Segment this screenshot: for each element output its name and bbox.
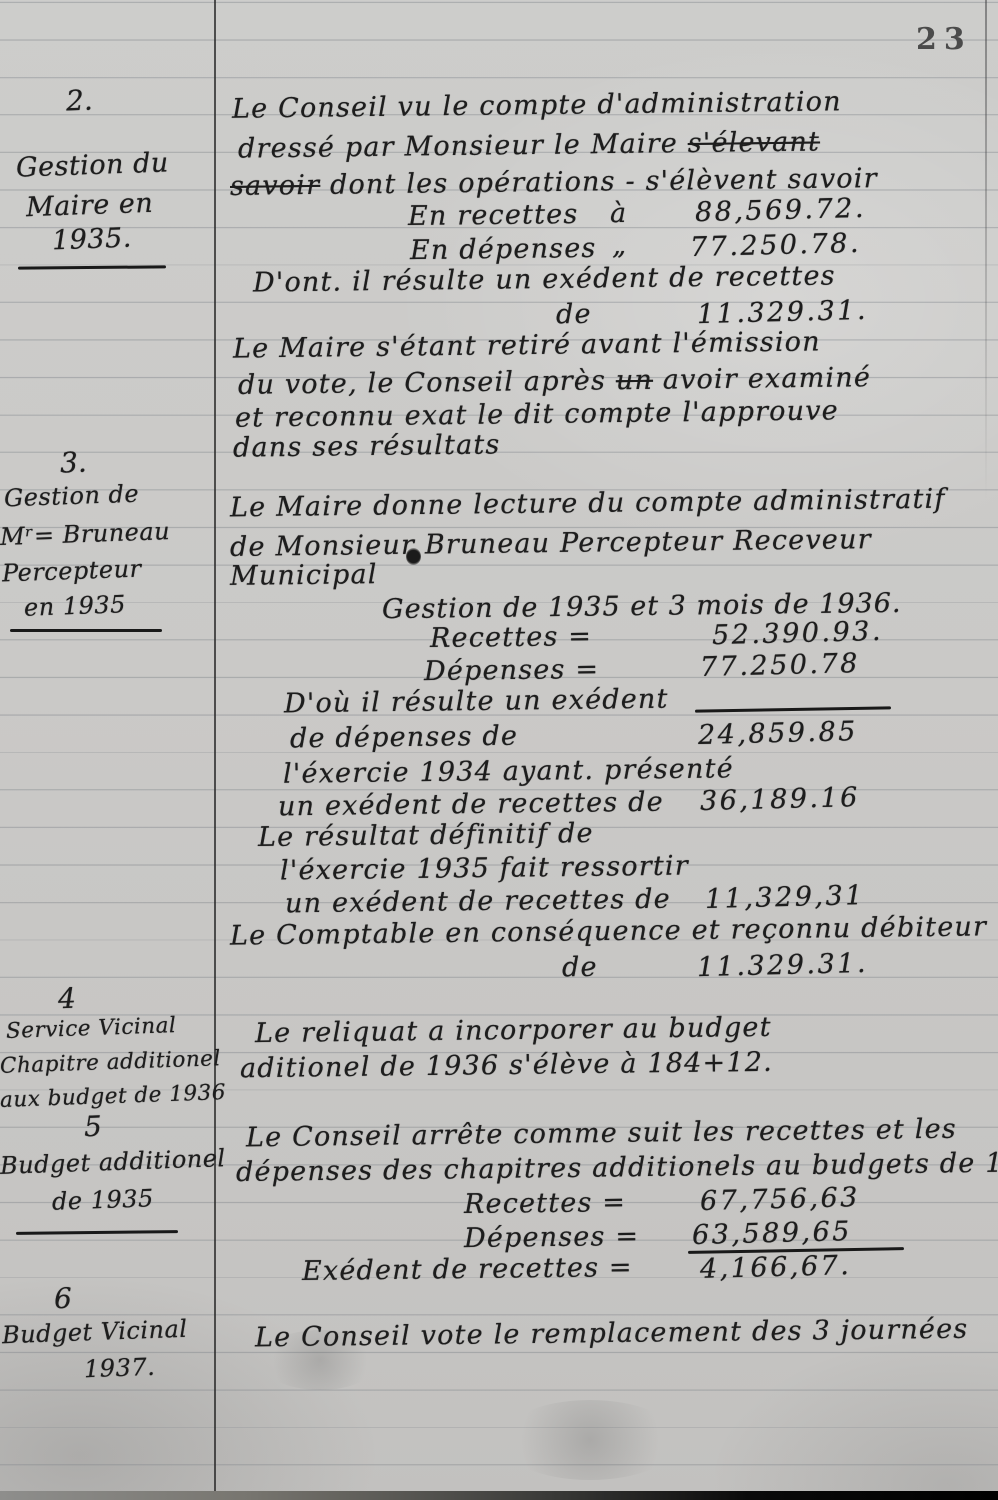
struck-text: s'élevant: [688, 126, 821, 159]
entry-label: Dépenses =: [464, 1221, 640, 1254]
page-number: 23: [916, 22, 972, 57]
entry-label: de: [556, 299, 592, 330]
entry-label: Recettes =: [430, 621, 593, 654]
entry-amount: 77.250.78.: [690, 228, 862, 263]
body-line: dans ses résultats: [233, 429, 501, 463]
body-line: Le reliquat a incorporer au budget: [255, 1012, 772, 1049]
margin-section-number-2: 2.: [65, 84, 93, 118]
margin-note-line: 1937.: [84, 1353, 156, 1383]
entry-amount: 63,589,65: [692, 1216, 853, 1251]
entry-separator: à: [610, 198, 628, 229]
entry-amount: 77.250.78: [700, 648, 861, 683]
margin-section-number-3: 3.: [59, 446, 87, 480]
struck-text: un: [616, 365, 654, 396]
body-line: aditionel de 1936 s'élève à 184+12.: [240, 1047, 773, 1085]
margin-note-line: Mʳ= Bruneau: [0, 517, 171, 551]
body-line: l'éxercie 1935 fait ressortir: [280, 851, 689, 887]
entry-amount: 11,329,31: [705, 880, 866, 915]
entry-label: de dépenses de: [290, 721, 518, 755]
body-line: D'où il résulte un exédent: [284, 684, 669, 720]
entry-amount: 67,756,63: [700, 1182, 861, 1217]
entry-label: un exédent de recettes de: [285, 884, 671, 920]
entry-amount: 52.390.93.: [712, 616, 884, 651]
body-line: Municipal: [230, 559, 378, 592]
body-text: du vote, le Conseil après: [238, 365, 616, 401]
ink-blot: [406, 548, 421, 565]
entry-label: Exédent de recettes =: [302, 1252, 633, 1287]
entry-label: un exédent de recettes de: [278, 787, 664, 823]
entry-label: Recettes =: [464, 1187, 627, 1220]
margin-note-line: de 1935: [52, 1184, 155, 1216]
margin-underline: [10, 629, 162, 632]
entry-amount: 36,189.16: [700, 782, 861, 817]
entry-separator: „: [612, 230, 628, 261]
entry-amount: 4,166,67.: [700, 1250, 852, 1285]
entry-label: En dépenses: [410, 233, 597, 266]
body-line: Le résultat définitif de: [258, 818, 594, 853]
register-page: 23 2. Gestion du Maire en 1935. 3. Gesti…: [0, 0, 998, 1500]
margin-note-line: Maire en: [25, 188, 153, 223]
entry-label: Dépenses =: [424, 654, 600, 687]
entry-amount: 11.329.31.: [697, 948, 869, 983]
margin-section-number-5: 5: [83, 1110, 102, 1144]
scan-bottom-edge: [0, 1491, 998, 1500]
margin-note-line: Gestion de: [4, 480, 140, 513]
margin-section-number-6: 6: [53, 1282, 72, 1316]
entry-amount: 24,859.85: [698, 716, 859, 751]
right-edge-rule: [985, 0, 987, 500]
paper-smudge: [500, 1400, 680, 1480]
body-text: dressé par Monsieur le Maire: [238, 128, 688, 164]
entry-label: En recettes: [408, 199, 579, 232]
body-line: l'éxercie 1934 ayant. présenté: [283, 753, 734, 790]
margin-vertical-rule: [214, 0, 216, 1491]
body-text: avoir examiné: [653, 362, 871, 396]
margin-note-line: Percepteur: [2, 555, 142, 588]
margin-note-line: en 1935: [24, 590, 127, 622]
margin-note-line: 1935.: [51, 223, 132, 257]
entry-amount: 88,569.72.: [695, 193, 867, 228]
margin-section-number-4: 4: [57, 982, 76, 1016]
margin-note-line: Gestion du: [16, 147, 170, 183]
entry-label: de: [562, 952, 598, 983]
struck-text: savoir: [230, 170, 321, 202]
entry-amount: 11.329.31.: [697, 295, 869, 330]
